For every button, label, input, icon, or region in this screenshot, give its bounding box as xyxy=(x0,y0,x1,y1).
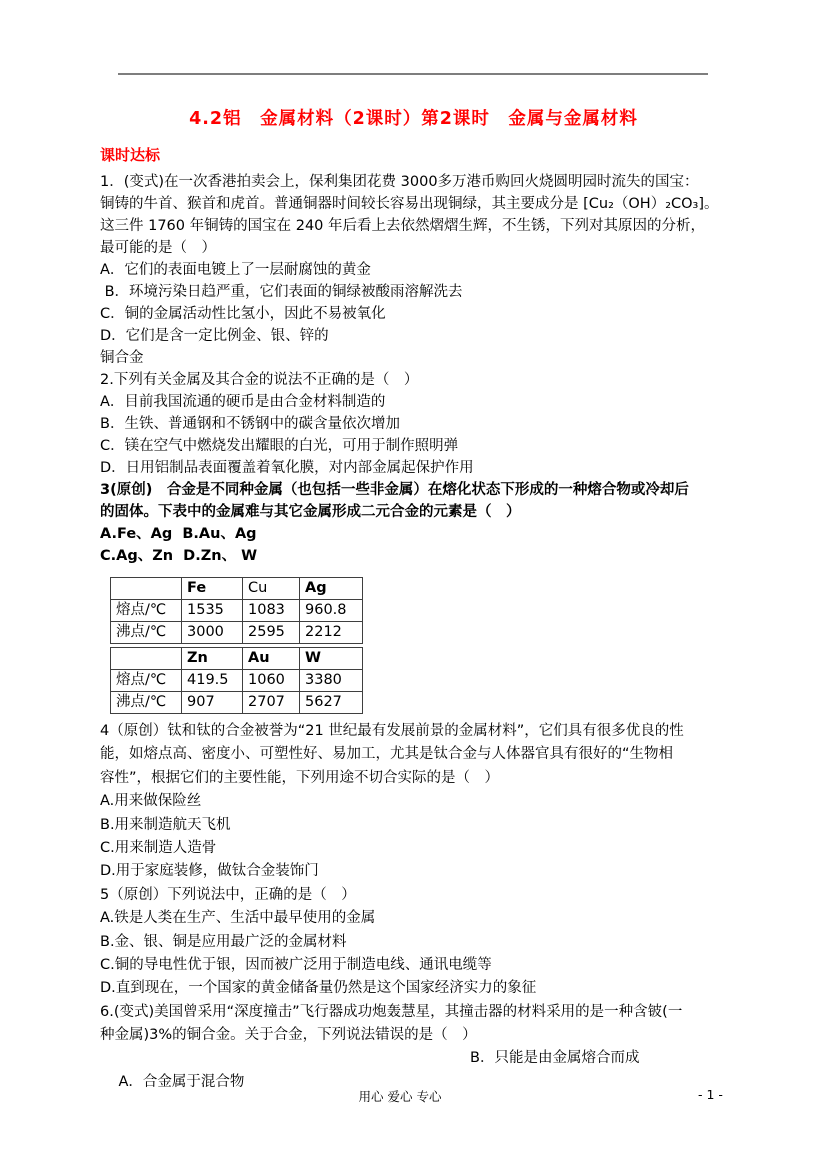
table-cell: Cu xyxy=(243,578,300,600)
q5-option-d: D.直到现在，一个国家的黄金储备量仍然是这个国家经济实力的象征 xyxy=(100,977,760,1000)
table-cell: 1083 xyxy=(243,600,300,622)
q4-option-d: D.用于家庭装修，做钛合金装饰门 xyxy=(100,860,760,883)
footer-page-number: - 1 - xyxy=(698,1087,723,1102)
table-cell: 3000 xyxy=(182,622,243,644)
header-divider xyxy=(118,73,708,75)
q1-text-line-4: 最可能的是（ ） xyxy=(100,237,748,259)
table-cell: 沸点/℃ xyxy=(111,692,182,714)
table-cell: 2595 xyxy=(243,622,300,644)
q2-option-a: A．目前我国流通的硬币是由合金材料制造的 xyxy=(100,391,748,413)
footer-motto: 用心 爱心 专心 xyxy=(0,1087,800,1105)
q1-option-b: B．环境污染日趋严重，它们表面的铜绿被酸雨溶解洗去 xyxy=(100,281,748,303)
q1-option-a: A．它们的表面电镀上了一层耐腐蚀的黄金 xyxy=(100,259,748,281)
table-cell: 2707 xyxy=(243,692,300,714)
table-cell: Au xyxy=(243,648,300,670)
q2-option-d: D．日用铝制品表面覆盖着氧化膜，对内部金属起保护作用 xyxy=(100,457,748,479)
table-cell: 沸点/℃ xyxy=(111,622,182,644)
q5-option-c: C.铜的导电性优于银，因而被广泛用于制造电线、通讯电缆等 xyxy=(100,954,760,977)
q3-text-line-1: 3(原创) 合金是不同种金属（也包括一些非金属）在熔化状态下形成的一种熔合物或冷… xyxy=(100,479,748,501)
questions-block-2: 4（原创）钛和钛的合金被誉为“21 世纪最有发展前景的金属材料”，它们具有很多优… xyxy=(100,720,760,1071)
table-cell: 907 xyxy=(182,692,243,714)
q6-text-line-1: 6.(变式)美国曾采用“深度撞击”飞行器成功炮轰慧星，其撞击器的材料采用的是一种… xyxy=(100,1001,760,1024)
q1-text-line-2: 铜铸的牛首、猴首和虎首。普通铜器时间较长容易出现铜绿，其主要成分是 [Cu₂（O… xyxy=(100,193,748,215)
q6-option-b: B．只能是由金属熔合而成 xyxy=(470,1047,639,1070)
section-heading: 课时达标 xyxy=(100,144,160,165)
table-cell: Ag xyxy=(300,578,363,600)
table-cell: 1060 xyxy=(243,670,300,692)
table-cell: 3380 xyxy=(300,670,363,692)
table-row: 熔点/℃ 1535 1083 960.8 xyxy=(111,600,363,622)
q6-text-line-2: 种金属)3%的铜合金。关于合金，下列说法错误的是（ ） xyxy=(100,1024,760,1047)
q4-option-c: C.用来制造人造骨 xyxy=(100,837,760,860)
q2-option-c: C．镁在空气中燃烧发出耀眼的白光，可用于制作照明弹 xyxy=(100,435,748,457)
q3-options-cd: C.Ag、Zn D.Zn、 W xyxy=(100,545,748,567)
table-cell: 1535 xyxy=(182,600,243,622)
q2-option-b: B．生铁、普通钢和不锈钢中的碳含量依次增加 xyxy=(100,413,748,435)
q5-option-a: A.铁是人类在生产、生活中最早使用的金属 xyxy=(100,907,760,930)
q4-text-line-2: 能，如熔点高、密度小、可塑性好、易加工，尤其是钛合金与人体器官具有很好的“生物相 xyxy=(100,743,760,766)
table-cell: Zn xyxy=(182,648,243,670)
table-row: Fe Cu Ag xyxy=(111,578,363,600)
table-cell: 熔点/℃ xyxy=(111,600,182,622)
table-row: Zn Au W xyxy=(111,648,363,670)
table-cell: 419.5 xyxy=(182,670,243,692)
table-cell xyxy=(111,578,182,600)
table-row: 沸点/℃ 3000 2595 2212 xyxy=(111,622,363,644)
q1-option-d: D．它们是含一定比例金、银、锌的 xyxy=(100,325,748,347)
q1-text-line-3: 这三件 1760 年铜铸的国宝在 240 年后看上去依然熠熠生辉，不生锈，下列对… xyxy=(100,215,748,237)
table-cell: Fe xyxy=(182,578,243,600)
table-cell: 熔点/℃ xyxy=(111,670,182,692)
table-cell: 5627 xyxy=(300,692,363,714)
q6-options-row: A．合金属于混合物 B．只能是由金属熔合而成 xyxy=(100,1047,760,1070)
q1-option-d-continued: 铜合金 xyxy=(100,347,748,369)
q1-option-c: C．铜的金属活动性比氢小，因此不易被氧化 xyxy=(100,303,748,325)
table-row: 熔点/℃ 419.5 1060 3380 xyxy=(111,670,363,692)
table-cell: W xyxy=(300,648,363,670)
table-cell: 960.8 xyxy=(300,600,363,622)
table-row: 沸点/℃ 907 2707 5627 xyxy=(111,692,363,714)
q4-option-b: B.用来制造航天飞机 xyxy=(100,814,760,837)
table-cell: 2212 xyxy=(300,622,363,644)
page-title: 4.2铝 金属材料（2课时）第2课时 金属与金属材料 xyxy=(0,105,827,130)
melting-boiling-point-table: Fe Cu Ag 熔点/℃ 1535 1083 960.8 沸点/℃ 3000 … xyxy=(110,577,363,714)
q4-text-line-3: 容性”，根据它们的主要性能，下列用途不切合实际的是（ ） xyxy=(100,767,760,790)
q3-text-line-2: 的固体。下表中的金属难与其它金属形成二元合金的元素是（ ） xyxy=(100,501,748,523)
q1-text-line-1: 1．(变式)在一次香港拍卖会上，保利集团花费 3000多万港币购回火烧圆明园时流… xyxy=(100,171,748,193)
q2-text: 2.下列有关金属及其合金的说法不正确的是（ ） xyxy=(100,369,748,391)
q3-options-ab: A.Fe、Ag B.Au、Ag xyxy=(100,523,748,545)
q4-text-line-1: 4（原创）钛和钛的合金被誉为“21 世纪最有发展前景的金属材料”，它们具有很多优… xyxy=(100,720,760,743)
q4-option-a: A.用来做保险丝 xyxy=(100,790,760,813)
q5-option-b: B.金、银、铜是应用最广泛的金属材料 xyxy=(100,931,760,954)
metal-table-upper: Fe Cu Ag 熔点/℃ 1535 1083 960.8 沸点/℃ 3000 … xyxy=(110,577,363,644)
q5-text: 5（原创）下列说法中，正确的是（ ） xyxy=(100,884,760,907)
metal-table-lower: Zn Au W 熔点/℃ 419.5 1060 3380 沸点/℃ 907 27… xyxy=(110,647,363,714)
questions-block-1: 1．(变式)在一次香港拍卖会上，保利集团花费 3000多万港币购回火烧圆明园时流… xyxy=(100,171,748,567)
table-cell xyxy=(111,648,182,670)
